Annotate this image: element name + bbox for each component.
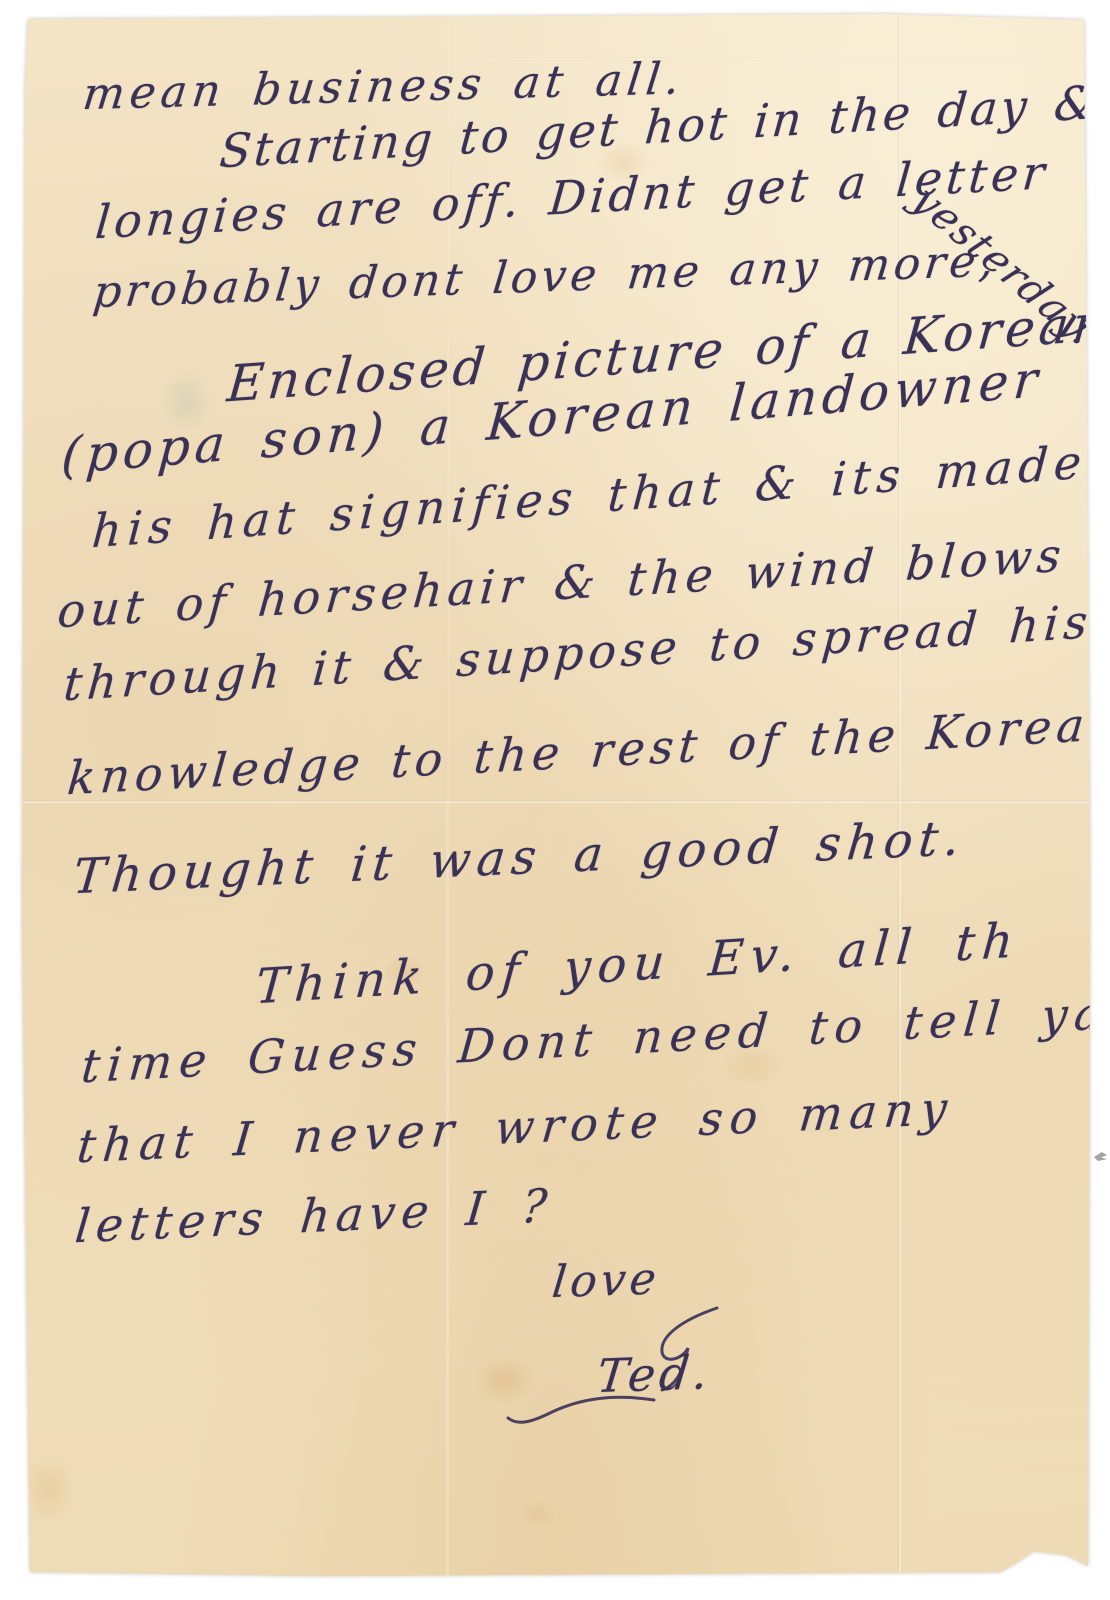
letter-line-14: that I never wrote so many (75, 1082, 956, 1173)
scanned-letter: mean business at all. Starting to get ho… (0, 0, 1110, 1600)
letter-line-11: Thought it was a good shot. (71, 811, 968, 905)
letter-line-13: time Guess Dont need to tell ya (79, 986, 1110, 1093)
age-stain (472, 1354, 536, 1406)
age-stain (517, 1499, 557, 1529)
letter-paper: mean business at all. Starting to get ho… (22, 14, 1090, 1578)
fold-line-horizontal (22, 800, 1090, 804)
letter-signature: Ted. (594, 1346, 714, 1403)
letter-line-15: letters have I ? (73, 1179, 555, 1253)
age-stain (22, 1454, 76, 1524)
letter-line-4: probably dont love me any more, (91, 236, 1001, 318)
letter-closing: love (550, 1254, 663, 1309)
fold-line-vertical-left (446, 14, 450, 1578)
letter-line-10: knowledge to the rest of the Korean (65, 697, 1110, 806)
